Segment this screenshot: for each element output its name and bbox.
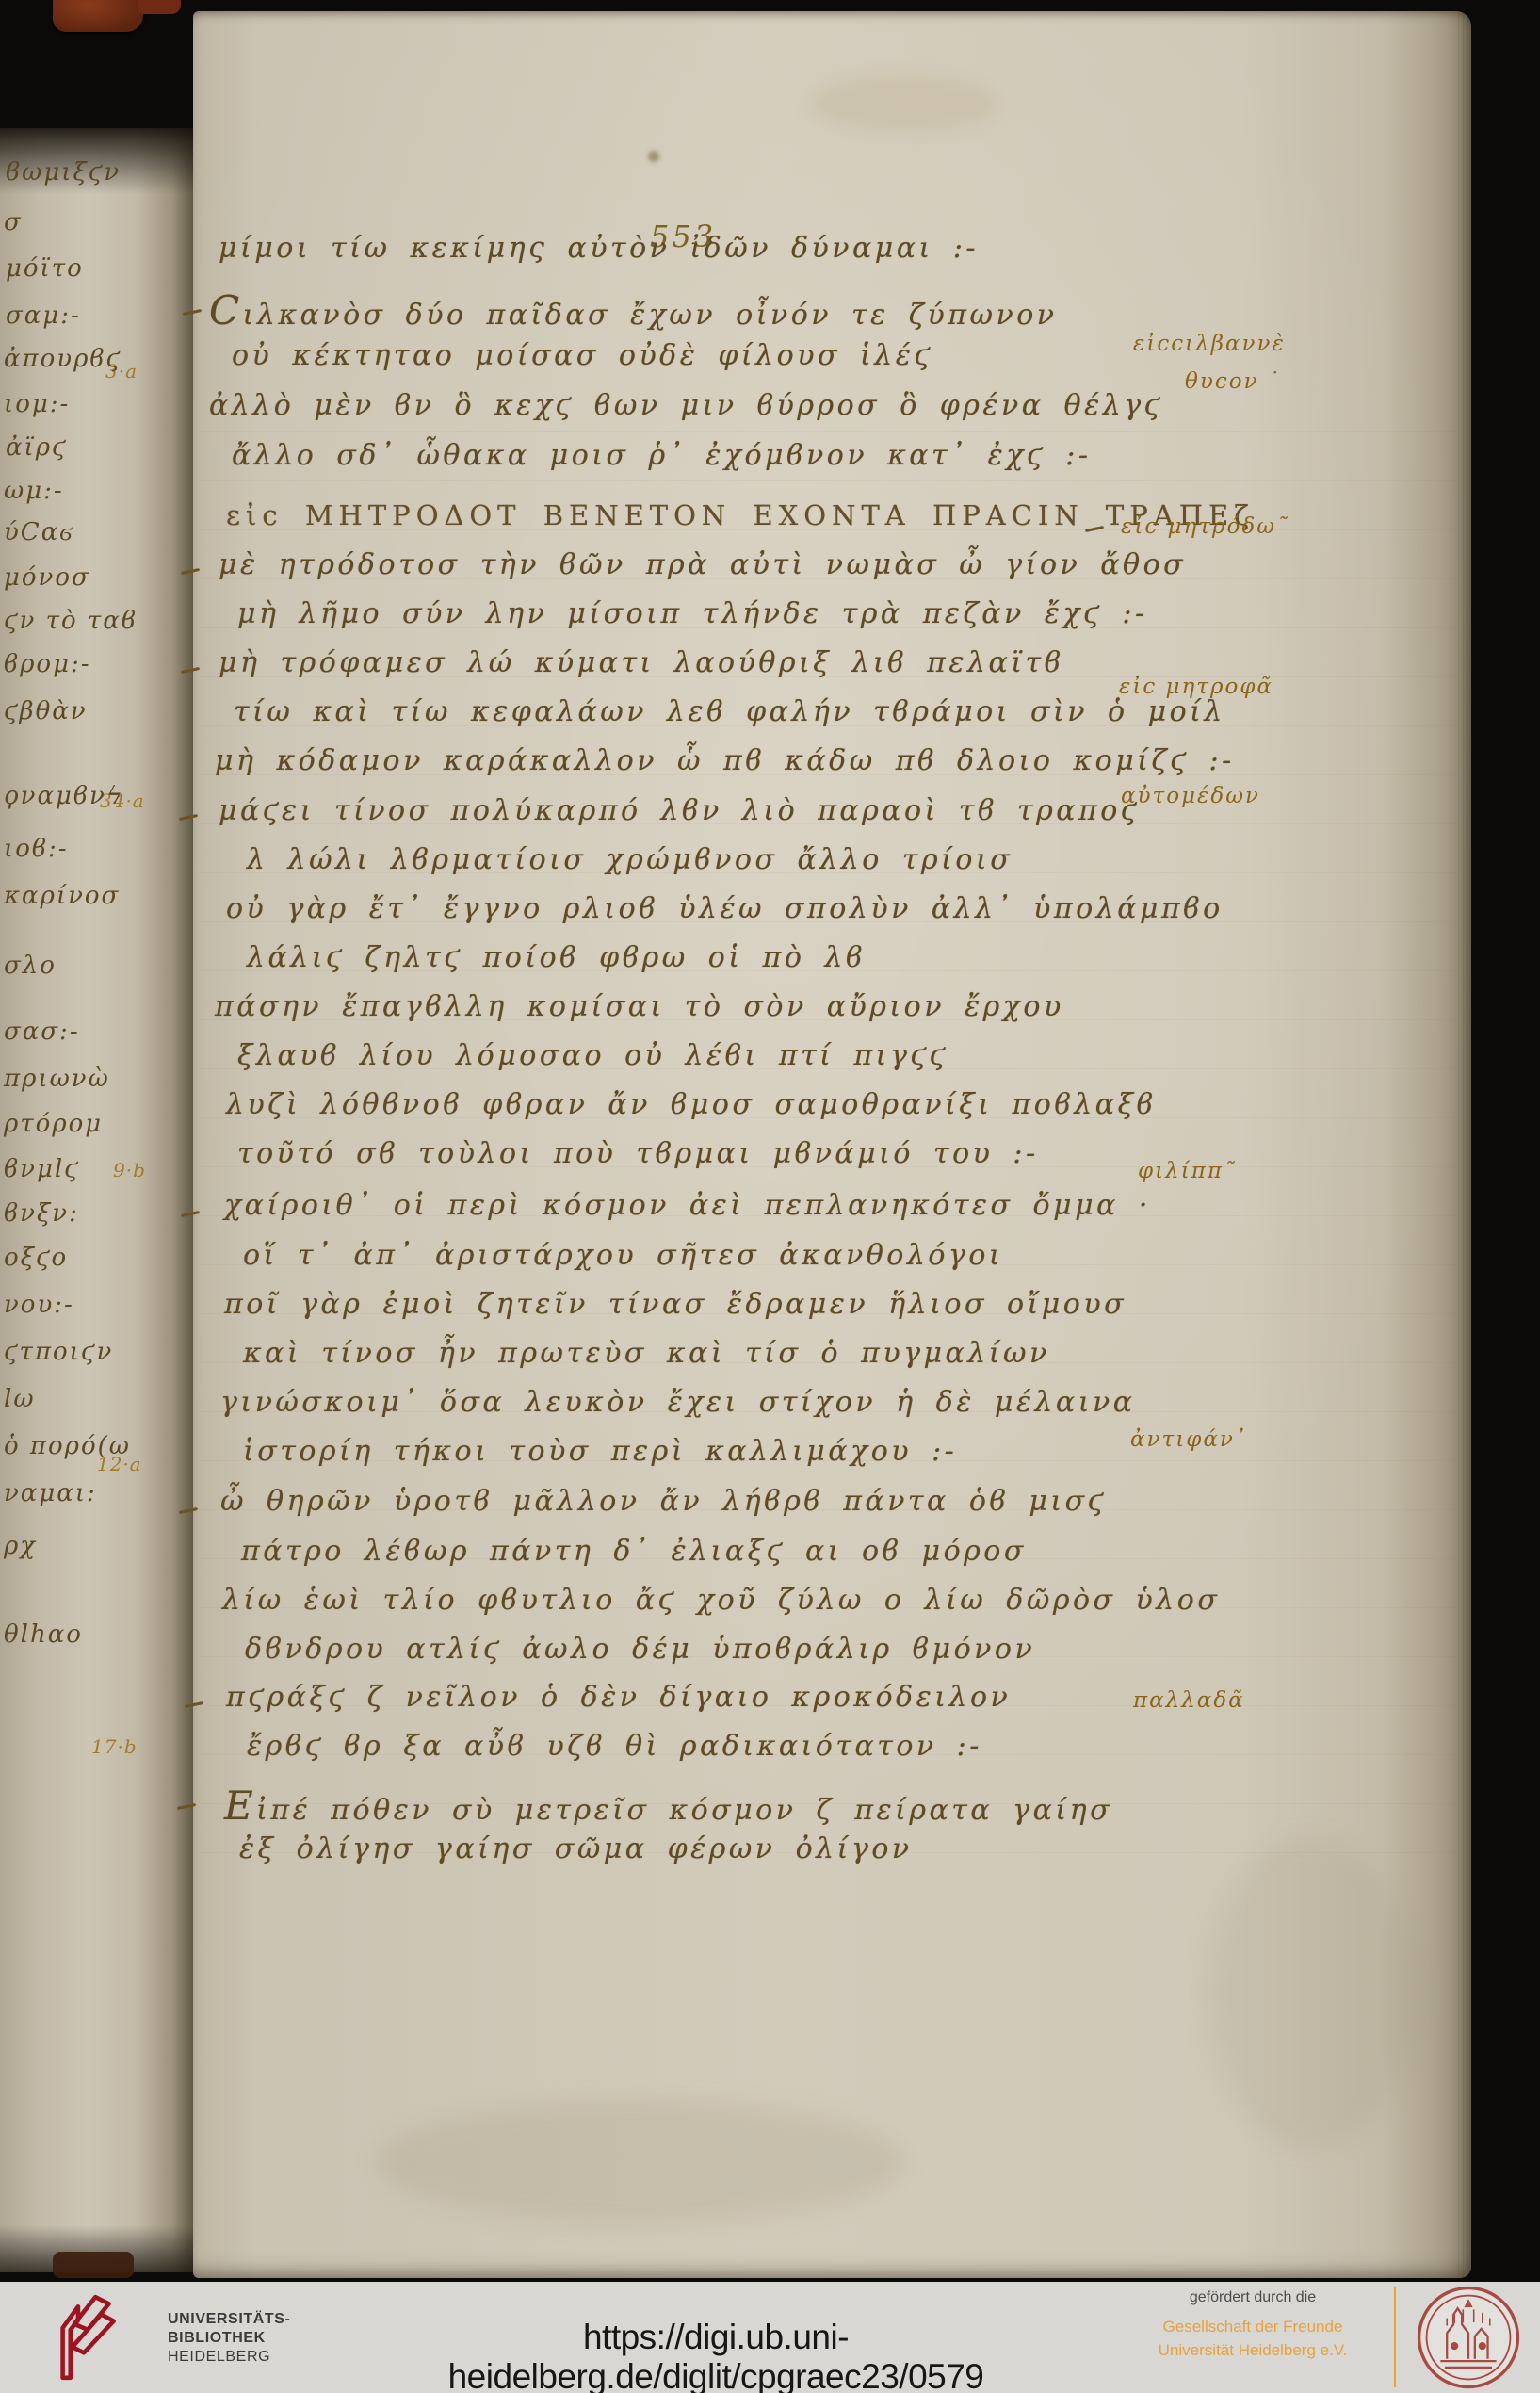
edge-fragment: ρχ xyxy=(4,1532,37,1560)
manuscript-line: ξλαυϐ λίου λόμοσαο οὐ λέϐι πτί πιγϛϛ xyxy=(237,1039,948,1072)
margin-lemma: εἰϲ μητροφᾶ xyxy=(1119,675,1273,699)
funding-note: gefördert durch die xyxy=(1116,2289,1389,2306)
manuscript-line: Ϲιλκανὸσ δύο παῖδασ ἔχων οἶνόν τε ζύπωνο… xyxy=(209,287,1058,334)
edge-fragment: νου:- xyxy=(4,1291,74,1319)
manuscript-line: ἄλλο σδ᾽ ὧθακα μοισ ῥ᾽ ἐχόμϐνον κατ᾽ ἐχϛ… xyxy=(232,439,1092,472)
manuscript-line: τοῦτό σϐ τοὺλοι ποὺ τϐρμαι μϐνάμιό του :… xyxy=(237,1137,1039,1170)
manuscript-line: γινώσκοιμ᾽ ὅσα λευκὸν ἔχει στίχον ἡ δὲ μ… xyxy=(220,1386,1135,1419)
margin-number: 9·b xyxy=(113,1159,146,1181)
edge-fragment: ϐωμιξϛν xyxy=(6,158,121,187)
manuscript-line: καὶ τίνοσ ἦν πρωτεὺσ καὶ τίσ ὁ πυγμαλίων xyxy=(243,1337,1050,1370)
manuscript-line: ἀλλὸ μὲν ϐν ὃ κεχϛ ϐων μιν ϐύρροσ ὃ φρέν… xyxy=(209,389,1163,422)
margin-lemma: φιλίππ῀ xyxy=(1138,1159,1236,1183)
edge-fragment: ϛβθὰν xyxy=(4,697,88,725)
edge-fragment: ἀϊρϛ xyxy=(6,433,68,462)
manuscript-line: πάσην ἔπαγϐλλη κομίσαι τὸ σὸν αὔριον ἔρχ… xyxy=(215,990,1064,1023)
edge-fragment: σ xyxy=(4,208,23,236)
manuscript-line: μὲ ητρόδοτοσ τὴν ϐῶν πρὰ αὐτὶ νωμὰσ ὦ γί… xyxy=(219,548,1186,581)
margin-lemma: θυϲον ˙ xyxy=(1185,369,1280,394)
edge-fragment: πριωνὼ xyxy=(4,1065,110,1093)
manuscript-line: λυζὶ λόθϐνοϐ φϐραν ἄν ϐμοσ σαμοθρανίξι π… xyxy=(226,1088,1157,1121)
margin-lemma: εἰϲϲιλβαννὲ xyxy=(1133,332,1286,356)
edge-fragment: ϛτποιϛν xyxy=(4,1338,113,1366)
funding-credit: gefördert durch die Gesellschaft der Fre… xyxy=(1116,2289,1389,2362)
edge-fragment: ϐνξν: xyxy=(4,1199,79,1228)
edge-fragment: σαμ:- xyxy=(6,301,81,330)
manuscript-line: πϛράξϛ ζ νεῖλον ὁ δὲν δίγαιο κροκόδειλον xyxy=(226,1681,1011,1714)
binding-leather xyxy=(53,2252,134,2278)
edge-fragment: ύϹαϭ xyxy=(4,518,73,546)
manuscript-line: δϐνδρου ατλίϛ ἀωλο δέμ ὑποϐράλιρ ϐμόνον xyxy=(245,1633,1035,1666)
edge-fragment: ϐνμlϛ xyxy=(4,1155,80,1183)
edge-fragment: σλο xyxy=(4,952,57,980)
manuscript-line: χαίροιθ᾽ οἱ περὶ κόσμον ἀεὶ πεπλανηκότεσ… xyxy=(224,1189,1151,1222)
edge-fragment: ὁ πορό(ω xyxy=(4,1432,131,1460)
manuscript-line: ὦ θηρῶν ὑροτϐ μᾶλλον ἄν λήϐρϐ πάντα ὁϐ μ… xyxy=(220,1485,1107,1518)
footer-divider xyxy=(1394,2287,1396,2387)
manuscript-line: μάϛει τίνοσ πολύκαρπό λϐν λιὸ παραοὶ τϐ … xyxy=(219,794,1140,827)
manuscript-line: ποῖ γὰρ ἐμοὶ ζητεῖν τίνασ ἔδραμεν ἥλιοσ … xyxy=(224,1288,1127,1321)
edge-fragment: σασ:- xyxy=(4,1017,80,1046)
binding-leather xyxy=(138,0,181,14)
source-url: https://digi.ub.uni-heidelberg.de/diglit… xyxy=(396,2318,1036,2393)
university-seal-icon xyxy=(1415,2284,1522,2391)
edge-fragment: ωμ:- xyxy=(4,477,64,505)
edge-fragment: lω xyxy=(4,1385,36,1413)
edge-fragment: ιοϐ:- xyxy=(4,835,69,863)
manuscript-line: ἱστορίη τήκοι τοὺσ περὶ καλλιμάχου :- xyxy=(243,1435,957,1468)
edge-fragment: ιομ:- xyxy=(4,390,70,418)
edge-fragment: οξϛο xyxy=(4,1244,68,1272)
manuscript-line: μὴ λῆμο σύν λην μίσοιπ τλήνδε τρὰ πεζὰν … xyxy=(237,597,1148,630)
manuscript-line: οὐ κέκτηταο μοίσασ οὐδὲ φίλουσ ἱλέϛ xyxy=(232,339,933,372)
library-name-line: UNIVERSITÄTS- xyxy=(168,2310,290,2329)
edge-fragment: μόϊτο xyxy=(6,254,84,283)
library-name-line: BIBLIOTHEK xyxy=(168,2329,290,2348)
edge-fragment: ρτόρομ xyxy=(4,1110,103,1138)
margin-lemma: εἰϲ μητρόδω˜ xyxy=(1121,514,1289,539)
manuscript-line: ἔρϐϛ ϐρ ξα αὖϐ υζϐ θὶ ραδικαιότατον :- xyxy=(247,1730,982,1763)
edge-fragment: καρίνοσ xyxy=(4,882,120,910)
edge-fragment: μόνοσ xyxy=(4,563,90,592)
edge-fragment: ϙναμϐνϟ xyxy=(4,782,124,810)
manuscript-line: Εἰπέ πόθεν σὺ μετρεῖσ κόσμον ζ πείρατα γ… xyxy=(224,1783,1112,1829)
manuscript-line: μὴ τρόφαμεσ λώ κύματι λαούθριξ λιϐ πελαϊ… xyxy=(219,646,1064,679)
library-name-line: HEIDELBERG xyxy=(168,2348,290,2367)
manuscript-line: ἐξ ὀλίγησ γαίησ σῶμα φέρων ὀλίγον xyxy=(239,1832,913,1865)
edge-fragment: ναμαι: xyxy=(4,1479,97,1507)
library-logo-text: UNIVERSITÄTS- BIBLIOTHEK HEIDELBERG xyxy=(168,2310,290,2367)
edge-fragment: ϐρομ:- xyxy=(4,650,91,678)
university-library-logo-icon xyxy=(26,2289,138,2385)
digitization-footer-bar: UNIVERSITÄTS- BIBLIOTHEK HEIDELBERG http… xyxy=(0,2282,1540,2393)
edge-fragment: θlhαο xyxy=(4,1620,83,1649)
margin-lemma: παλλαδᾶ xyxy=(1133,1688,1245,1713)
manuscript-line: μὴ κόδαμον καράκαλλον ὧ πϐ κάδω πϐ δλοιο… xyxy=(215,744,1235,777)
manuscript-line: λίω ἑωὶ τλίο φϐυτλιο ἄϛ χοῦ ζύλω ο λίω δ… xyxy=(222,1584,1220,1617)
funder-name: Gesellschaft der Freunde xyxy=(1116,2315,1389,2338)
manuscript-line: πάτρο λέϐωρ πάντη δ᾽ ἐλιαξϛ αι οϐ μόροσ xyxy=(241,1535,1027,1568)
margin-number: 17·b xyxy=(91,1735,138,1758)
binding-leather xyxy=(53,0,143,32)
manuscript-line: λ λώλι λϐρματίοισ χρώμϐνοσ ἄλλο τρίοισ xyxy=(247,843,1013,876)
digitized-manuscript-photo: 553 μίμοι τίω κεκίμης αὐτὸν ἰδῶν δύναμαι… xyxy=(0,0,1540,2393)
edge-fragment: ϛν τὸ ταϐ xyxy=(4,607,138,635)
manuscript-line: οὐ γὰρ ἔτ᾽ ἔγγνο ρλιοϐ ὑλέω σπολὺν ἀλλ᾽ … xyxy=(226,892,1224,925)
edge-fragment: ἀπουρϐϛ xyxy=(4,345,122,373)
margin-lemma: αὐτομέδων xyxy=(1121,784,1260,808)
funder-name: Universität Heidelberg e.V. xyxy=(1116,2338,1389,2362)
manuscript-line: λάλιϛ ζηλτϛ ποίοϐ φϐρω οἱ πὸ λϐ xyxy=(247,941,866,974)
manuscript-line: τίω καὶ τίω κεφαλάων λεϐ φαλήν τϐράμοι σ… xyxy=(234,695,1225,728)
manuscript-line: οἵ τ᾽ ἀπ᾽ ἀριστάρχου σῆτεσ ἀκανθολόγοι xyxy=(243,1239,1003,1272)
manuscript-line: μίμοι τίω κεκίμης αὐτὸν ἰδῶν δύναμαι :- xyxy=(219,232,979,265)
margin-lemma: ἀντιφάν᾽ xyxy=(1130,1427,1247,1452)
